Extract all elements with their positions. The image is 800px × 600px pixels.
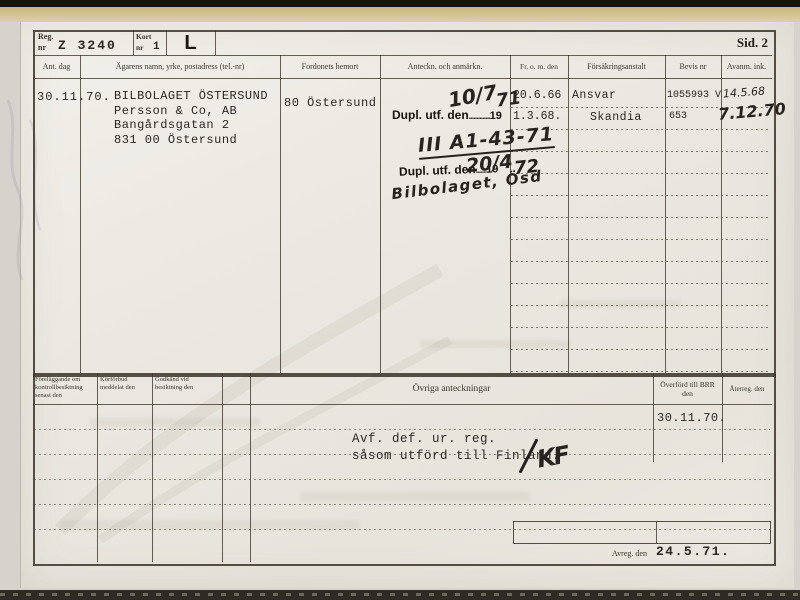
duplicate-stamp-1: Dupl. utf. den..............19: [392, 106, 502, 124]
header-from-den: Fr. o. m. den: [510, 55, 568, 78]
registration-card-photo: Reg. nr Z 3240 Kort nr 1 L Sid. 2 Ant. d…: [0, 0, 800, 600]
header-ovriga-anteckningar: Övriga anteckningar: [250, 373, 653, 404]
header-hemort: Fordonets hemort: [280, 55, 380, 78]
header-aterreg: Återreg. den: [722, 373, 772, 404]
owner-line: Bangårdsgatan 2: [114, 118, 268, 133]
note-line: Avf. def. ur. reg.: [352, 431, 560, 448]
kort-number: 1: [153, 41, 160, 53]
header-ant-dag: Ant. dag: [33, 55, 80, 78]
insurance-company: Ansvar: [572, 89, 616, 102]
header-forsakringsanstalt: Försäkringsanstalt: [568, 55, 665, 78]
insurance-from-date: 1.3.68.: [513, 110, 561, 123]
insurance-from-date: 20.6.66: [513, 89, 561, 102]
stamp-year-prefix: 19: [490, 110, 502, 122]
header-bevis-nr: Bevis nr: [665, 55, 721, 78]
vehicle-class-letter: L: [166, 32, 215, 55]
insurance-certificate-nr: 653: [669, 111, 687, 122]
header-korforbud: Körförbud meddelat den: [100, 376, 148, 392]
kort-nr-label: Kort: [136, 32, 151, 41]
owner-line: Persson & Co, AB: [114, 104, 268, 119]
photo-bottom-dots: [0, 593, 800, 596]
header-godkand-besiktning: Godkänd vid besiktning den: [155, 376, 217, 392]
owner-address-block: BILBOLAGET ÖSTERSUND Persson & Co, AB Ba…: [114, 89, 268, 147]
owner-line: 831 00 Östersund: [114, 133, 268, 148]
header-owner: Ägarens namn, yrke, postadress (tel.-nr): [80, 55, 280, 78]
folder-edge: [0, 7, 800, 22]
entry-date: 30.11.70.: [37, 90, 111, 104]
insurance-certificate-nr: 1055993 V: [667, 90, 721, 101]
header-kontrollbesiktning: Föreläggande om kontrollbesiktning senas…: [35, 376, 95, 400]
deregistration-note: Avf. def. ur. reg. såsom utförd till Fin…: [352, 431, 560, 465]
owner-line: BILBOLAGET ÖSTERSUND: [114, 89, 268, 104]
reg-nr-label: Reg.: [38, 32, 53, 41]
header-anteckningar: Anteckn. och anmärkn.: [380, 55, 510, 78]
header-overford-brr: Överförd till BRR den: [654, 374, 721, 403]
avreg-date: 24.5.71.: [656, 544, 730, 559]
kort-nr-sublabel: nr: [136, 43, 144, 52]
reg-nr-sublabel: nr: [38, 43, 46, 52]
avreg-label: Avreg. den: [612, 549, 647, 558]
stamp-dots: ..............: [469, 111, 490, 121]
bottom-right-box: [513, 521, 771, 544]
page-number: Sid. 2: [690, 35, 768, 51]
signature: KF: [535, 441, 570, 474]
reg-number: Z 3240: [58, 38, 117, 53]
insurance-company: Skandia: [590, 111, 642, 124]
header-avanm-ink: Avanm. ink.: [721, 55, 772, 78]
photo-top-edge: [0, 0, 800, 7]
hemort-value: 80 Östersund: [284, 96, 376, 110]
brr-transfer-date: 30.11.70.: [657, 411, 726, 425]
